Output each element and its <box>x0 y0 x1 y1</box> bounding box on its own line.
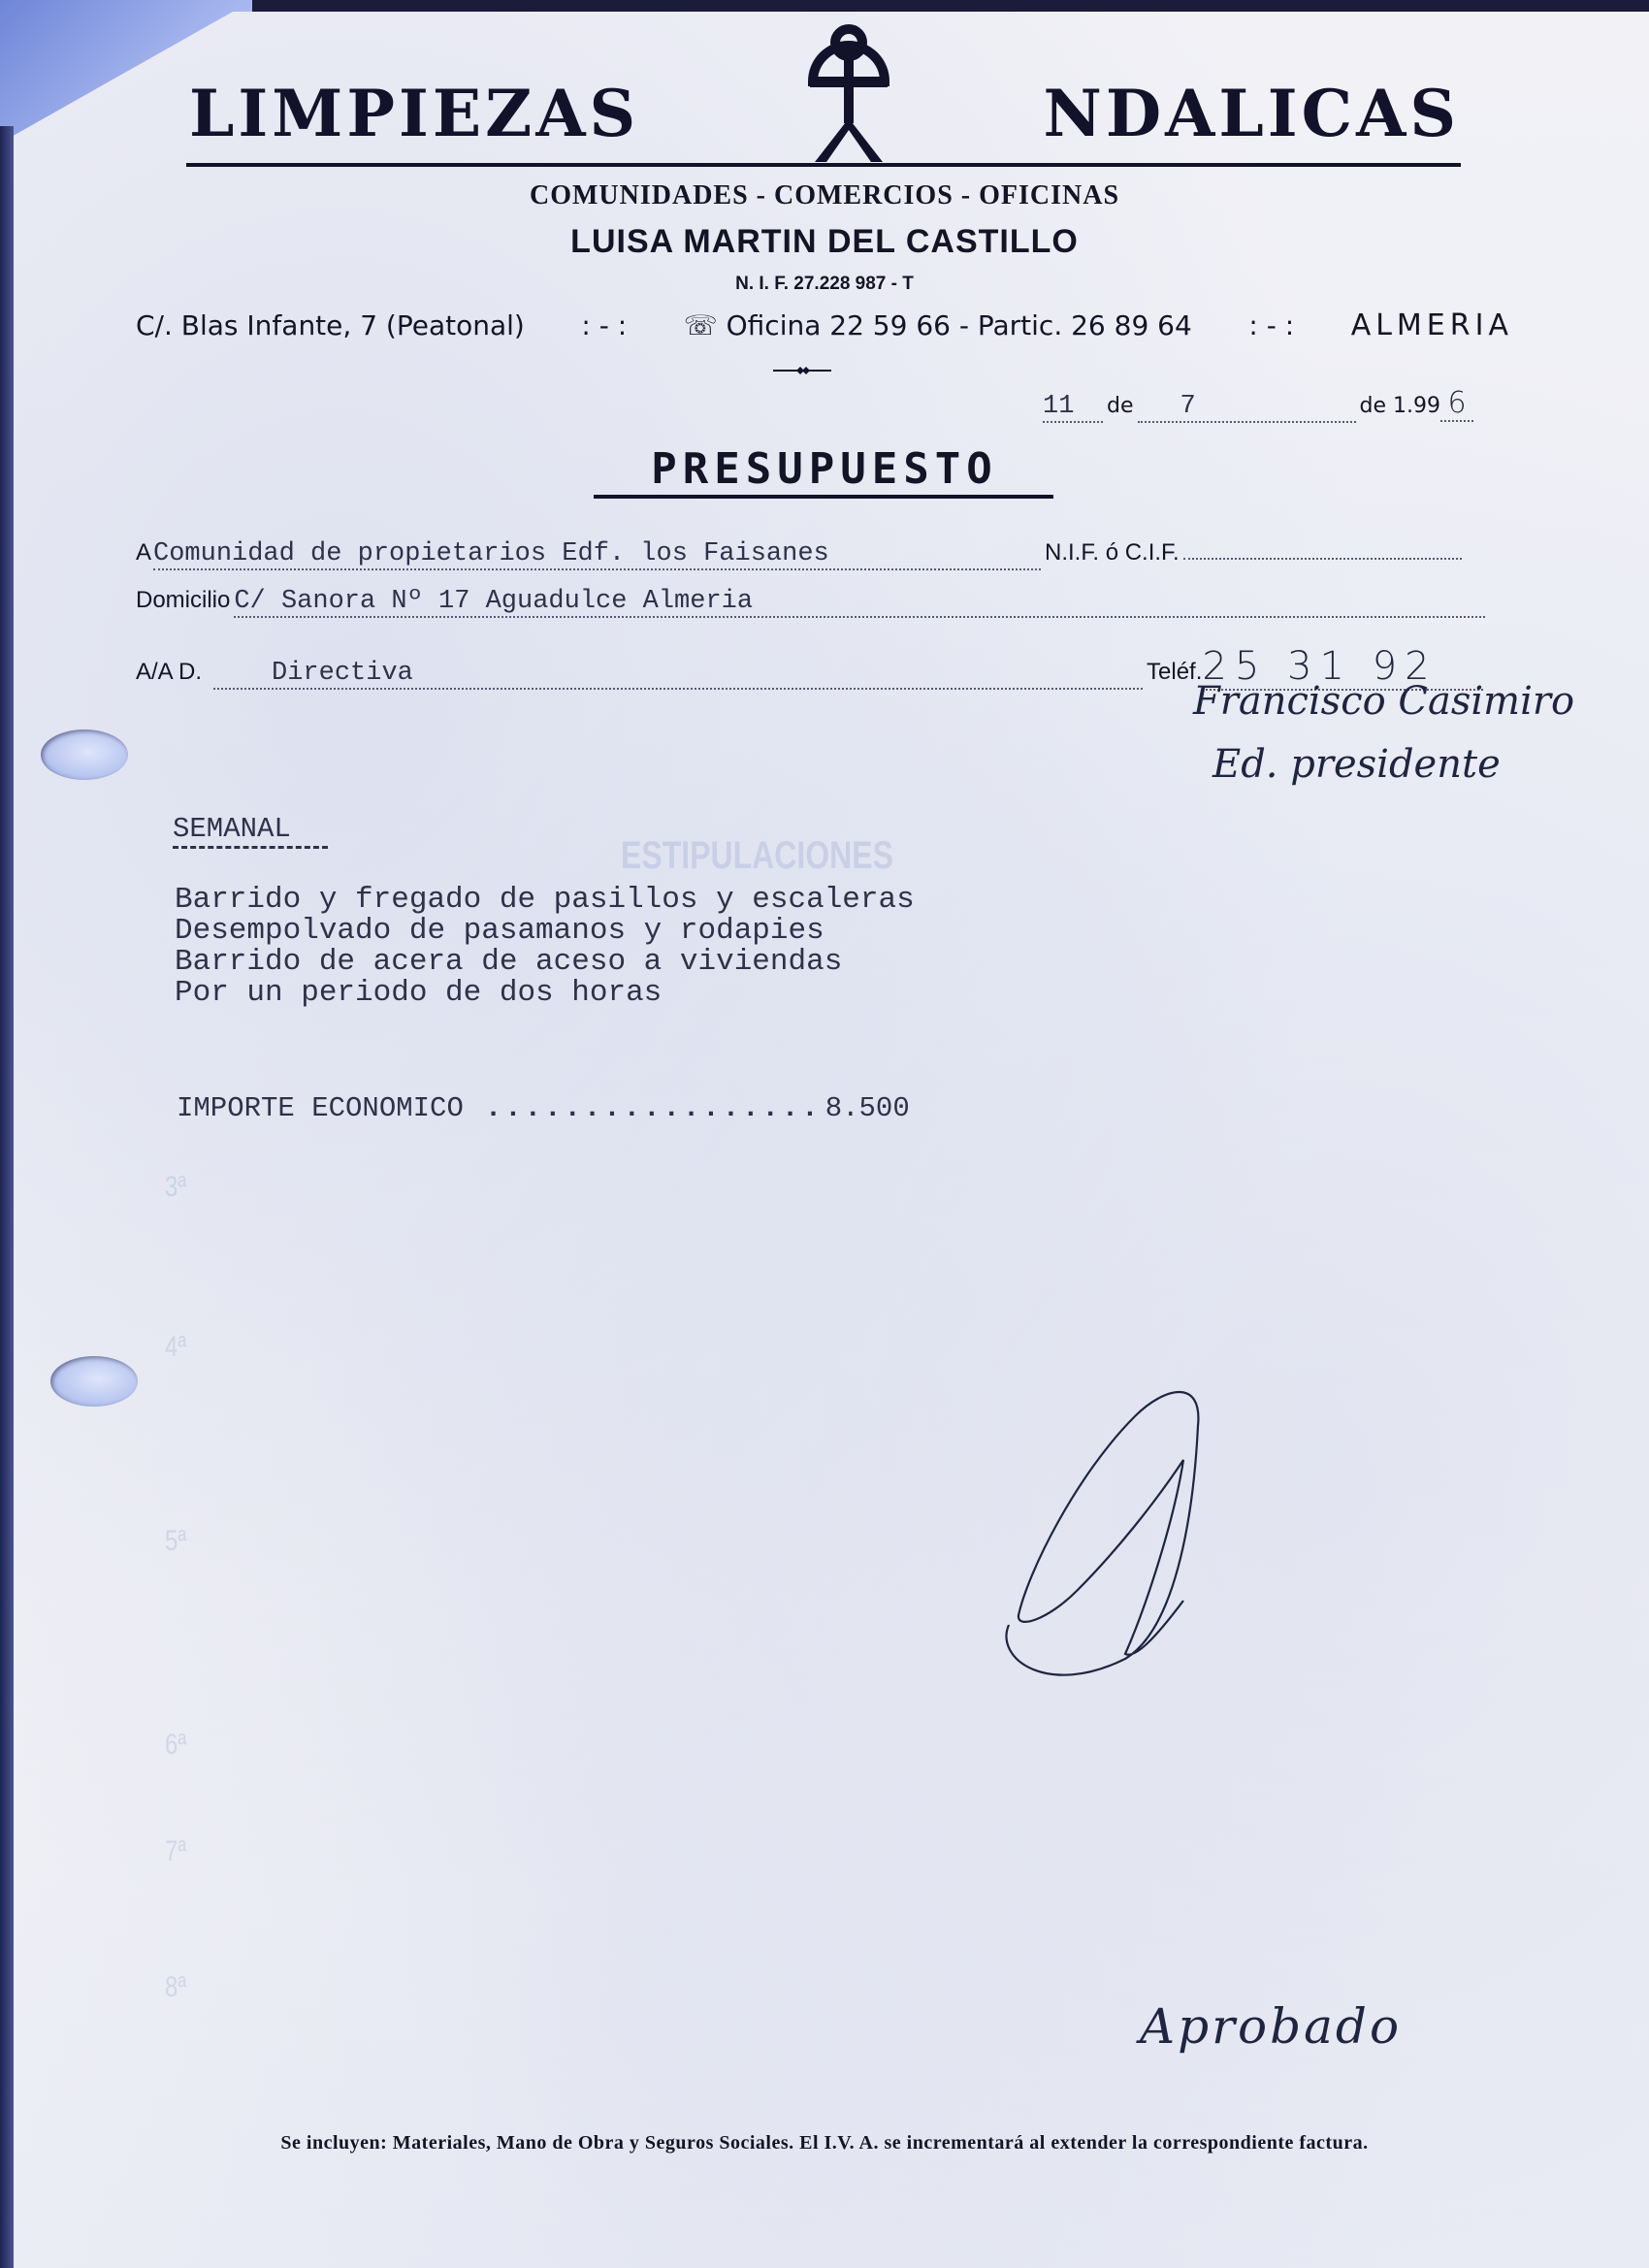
date-month: 7 <box>1138 392 1356 423</box>
date-day: 11 <box>1043 392 1103 423</box>
date-de: de <box>1107 394 1134 418</box>
bleed-through-number: 7ª <box>165 1835 186 1868</box>
handwritten-role: Ed. presidente <box>1212 742 1501 787</box>
document-title: PRESUPUESTO <box>0 444 1649 494</box>
company-name: LIMPIEZAS NDALICAS <box>189 76 1460 151</box>
handwritten-approval: Aprobado <box>1140 1998 1402 2055</box>
task-list: Barrido y fregado de pasillos y escalera… <box>175 885 915 1009</box>
amount-leader-dots: ................. <box>485 1092 822 1124</box>
bleed-through-number: 6ª <box>165 1729 186 1762</box>
contact-line: C/. Blas Infante, 7 (Peatonal) : - : ☏ O… <box>136 308 1513 342</box>
frequency-heading: SEMANAL <box>173 813 291 845</box>
recipient-row: A Comunidad de propietarios Edf. los Fai… <box>136 539 1462 570</box>
date-year-prefix: de 1.99 <box>1360 394 1440 418</box>
document-page: ESTIPULACIONES 3ª 4ª 5ª 6ª 7ª 8ª <box>10 12 1649 2268</box>
attention-label: A/A D. <box>136 659 202 686</box>
bleed-through-number: 5ª <box>165 1525 186 1558</box>
frequency-underline <box>173 846 328 849</box>
brand-right-word: NDALICAS <box>1044 76 1460 151</box>
bleed-through-heading: ESTIPULACIONES <box>621 834 893 878</box>
task-item: Por un periodo de dos horas <box>175 978 915 1009</box>
handwritten-name: Francisco Casimiro <box>1193 679 1574 724</box>
separator: : - : <box>1248 309 1294 341</box>
brand-left-word: LIMPIEZAS <box>189 76 639 151</box>
services-line: COMUNIDADES - COMERCIOS - OFICINAS <box>0 180 1649 211</box>
bleed-through-number: 3ª <box>165 1171 186 1204</box>
task-item: Desempolvado de pasamanos y rodapies <box>175 916 915 947</box>
ornament-divider-icon <box>773 367 831 374</box>
company-nif: N. I. F. 27.228 987 - T <box>0 274 1649 295</box>
phone-block: ☏ Oficina 22 59 66 - Partic. 26 89 64 <box>684 309 1192 341</box>
owner-name: LUISA MARTIN DEL CASTILLO <box>0 223 1649 261</box>
amount-value: 8.500 <box>825 1092 910 1124</box>
amount-label: IMPORTE ECONOMICO <box>177 1092 464 1124</box>
nif-value <box>1183 558 1462 560</box>
footer-note: Se incluyen: Materiales, Mano de Obra y … <box>0 2132 1649 2155</box>
task-item: Barrido y fregado de pasillos y escalera… <box>175 885 915 916</box>
bleed-through-number: 8ª <box>165 1971 186 2004</box>
title-underline <box>594 495 1053 499</box>
company-phones: Oficina 22 59 66 - Partic. 26 89 64 <box>727 309 1192 341</box>
telephone-icon: ☏ <box>684 309 727 341</box>
domicilio-row: Domicilio C/ Sanora Nº 17 Aguadulce Alme… <box>136 587 1485 618</box>
bleed-through-number: 4ª <box>165 1331 186 1364</box>
company-address: C/. Blas Infante, 7 (Peatonal) <box>136 309 525 341</box>
punch-hole <box>50 1356 138 1407</box>
recipient-value: Comunidad de propietarios Edf. los Faisa… <box>153 539 1041 570</box>
letterhead-rule <box>186 163 1461 167</box>
amount-row: IMPORTE ECONOMICO ................. 8.50… <box>177 1092 910 1124</box>
signature-scribble <box>989 1368 1222 1688</box>
punch-hole <box>41 729 128 780</box>
date-field: 11 de 7 de 1.99 6 <box>1043 386 1518 423</box>
date-year-digit: 6 <box>1440 386 1473 422</box>
task-item: Barrido de acera de aceso a viviendas <box>175 947 915 978</box>
recipient-label: A <box>136 539 151 567</box>
attention-value: Directiva <box>213 659 1143 690</box>
company-city: ALMERIA <box>1351 308 1513 342</box>
nif-label: N.I.F. ó C.I.F. <box>1045 539 1180 567</box>
separator: : - : <box>581 309 627 341</box>
domicilio-value: C/ Sanora Nº 17 Aguadulce Almeria <box>234 587 1485 618</box>
domicilio-label: Domicilio <box>136 587 230 614</box>
